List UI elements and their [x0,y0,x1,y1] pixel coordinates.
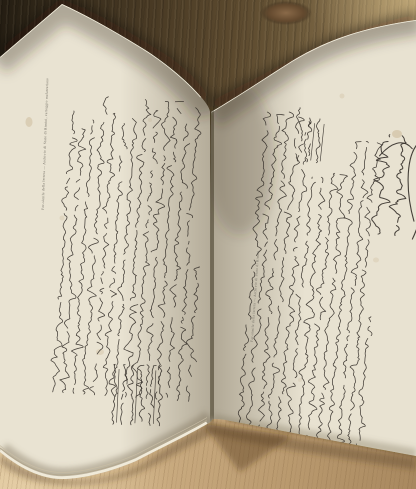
book-photo-scene: Fac-simile della lettera — Archivio di S… [0,0,416,489]
gutter-shadow [211,110,213,420]
open-book [0,0,416,489]
gutter-floor-shadow [203,424,292,472]
